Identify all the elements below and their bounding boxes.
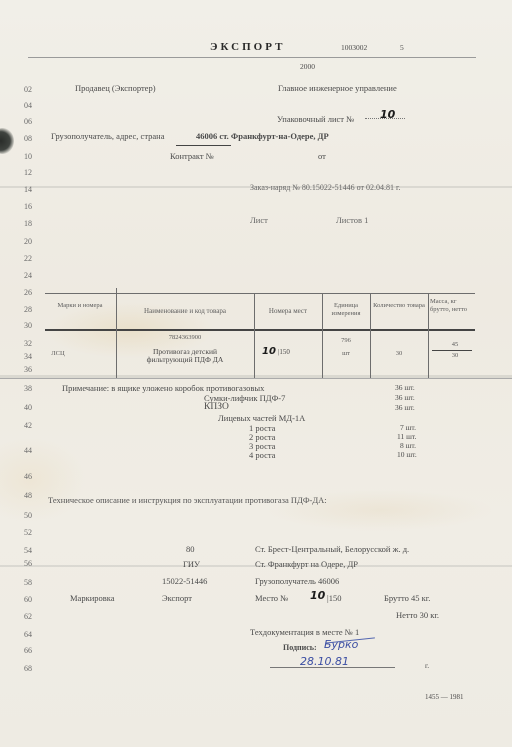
marking-col3-line: Грузополучатель 46006 [255,576,339,586]
table-col-divider [428,293,429,378]
line-number: 12 [24,168,32,177]
table-col-divider [370,293,371,378]
note-item-qty: 8 шт. [400,441,416,450]
marking-col3-line: Ст. Брест-Центральный, Белорусской ж. д. [255,544,409,554]
signature-label: Подпись: [283,643,317,652]
row-quantity: 30 [372,350,426,358]
packing-list-number: 10 [380,108,395,121]
line-number: 60 [24,595,32,604]
line-number: 18 [24,219,32,228]
sheet-label: Лист [250,215,268,225]
document-title: ЭКСПОРТ [210,41,285,53]
form-code: 1003002 [341,43,367,52]
table-header-places: Номера мест [256,307,320,315]
marking-place-label: Место № [255,593,288,603]
row-name-line2: фильтрующий ПДФ ДА [120,356,250,364]
marking-place-suffix: |150 [327,593,341,603]
footer-print-code: 1455 — 1981 [425,693,464,701]
table-header-name: Наименование и код товара [120,307,250,315]
note-item-name: 4 роста [249,450,275,460]
row-unit: шт [324,350,368,358]
row-place-number: 10 [262,346,276,357]
page-number: 5 [400,43,404,52]
mass-fraction-rule [432,350,472,351]
packing-list-label: Упаковочный лист № [277,114,354,124]
note-item-qty: 36 шт. [395,403,415,412]
line-number: 42 [24,421,32,430]
signature-date-rule [270,667,395,668]
line-number: 50 [24,511,32,520]
contract-rule [176,145,231,146]
line-number: 30 [24,321,32,330]
line-number: 48 [24,491,32,500]
line-number: 38 [24,384,32,393]
line-number: 04 [24,101,32,110]
seller-label: Продавец (Экспортер) [75,83,156,93]
line-number: 58 [24,578,32,587]
line-number: 32 [24,339,32,348]
line-number: 06 [24,117,32,126]
marking-col2-line: Экспорт [162,593,192,603]
tech-docs: Техдокументация в месте № 1 [250,627,359,637]
line-number: 36 [24,365,32,374]
note-first-qty: 36 шт. [395,383,415,392]
code-below: 2000 [300,62,315,71]
line-number: 14 [24,185,32,194]
line-number: 08 [24,134,32,143]
table-header-marks: Марки и номера [50,302,110,310]
line-number: 62 [24,612,32,621]
marking-net: Нетто 30 кг. [396,610,439,620]
tech-description: Техническое описание и инструкция по экс… [48,495,327,505]
line-number: 46 [24,472,32,481]
line-number: 34 [24,352,32,361]
note-item-name: Лицевых частей МД-1А [218,413,305,423]
table-header-mass: Масса, кг брутто, нетто [430,298,474,314]
note-item-qty: 11 шт. [397,432,416,441]
document-page: ЭКСПОРТ 1003002 5 2000 02040608101214161… [0,0,512,747]
contract-label: Контракт № [170,151,214,161]
line-number: 54 [24,546,32,555]
line-number: 44 [24,446,32,455]
signature-year-suffix: г. [425,661,429,670]
line-number: 52 [24,528,32,537]
note-item-name: КПЗО [204,402,229,412]
marking-label: Маркировка [70,593,115,603]
sheets-count: Листов 1 [336,215,368,225]
line-number: 28 [24,305,32,314]
table-bottom-rule [0,378,512,379]
consignee-label: Грузополучатель, адрес, страна [51,131,164,141]
line-number: 26 [24,288,32,297]
row-unit-code: 796 [324,337,368,345]
table-header-rule [45,329,475,331]
note-item-qty: 10 шт. [397,450,417,459]
row-gross: 45 [440,341,470,349]
line-number: 40 [24,403,32,412]
marking-place-number: 10 [310,589,325,602]
line-number: 56 [24,559,32,568]
table-top-rule [45,293,475,294]
row-marks: ЛСЦ [48,350,68,358]
table-col-divider [116,288,117,378]
line-number: 02 [24,85,32,94]
table-col-divider [322,293,323,378]
line-number: 24 [24,271,32,280]
table-header-unit: Единица измерения [324,302,368,318]
line-number: 22 [24,254,32,263]
marking-col3-line: Ст. Франкфурт на Одере, ДР [255,559,358,569]
seller-value: Главное инженерное управление [278,83,397,93]
line-number: 68 [24,664,32,673]
row-code: 7824363900 [120,334,250,342]
line-number: 64 [24,630,32,639]
marking-col2-line: 80 [186,544,195,554]
line-number: 20 [24,237,32,246]
line-number: 66 [24,646,32,655]
order-text: Заказ-наряд № 80.15022-51446 от 02.04.81… [250,183,400,192]
consignee-value-text: 46006 ст. Франкфурт-на-Одере, ДР [196,131,329,141]
row-net: 30 [440,352,470,360]
note-item-qty: 7 шт. [400,423,416,432]
marking-gross: Брутто 45 кг. [384,593,430,603]
marking-col2-line: 15022-51446 [162,576,207,586]
consignee-value: 46006 ст. Франкфурт-на-Одере, ДР [196,131,329,141]
note-label: Примечание: в ящике уложено коробок прот… [62,383,264,393]
row-place-suffix: |150 [278,348,290,356]
line-number: 16 [24,202,32,211]
ink-stain [0,128,14,154]
header-rule [28,57,476,58]
note-item-qty: 36 шт. [395,393,415,402]
line-number: 10 [24,152,32,161]
table-col-divider [254,293,255,378]
marking-col2-line: ГИУ [183,559,200,569]
contract-from-label: от [318,151,326,161]
table-header-quantity: Количество товара [372,302,426,310]
